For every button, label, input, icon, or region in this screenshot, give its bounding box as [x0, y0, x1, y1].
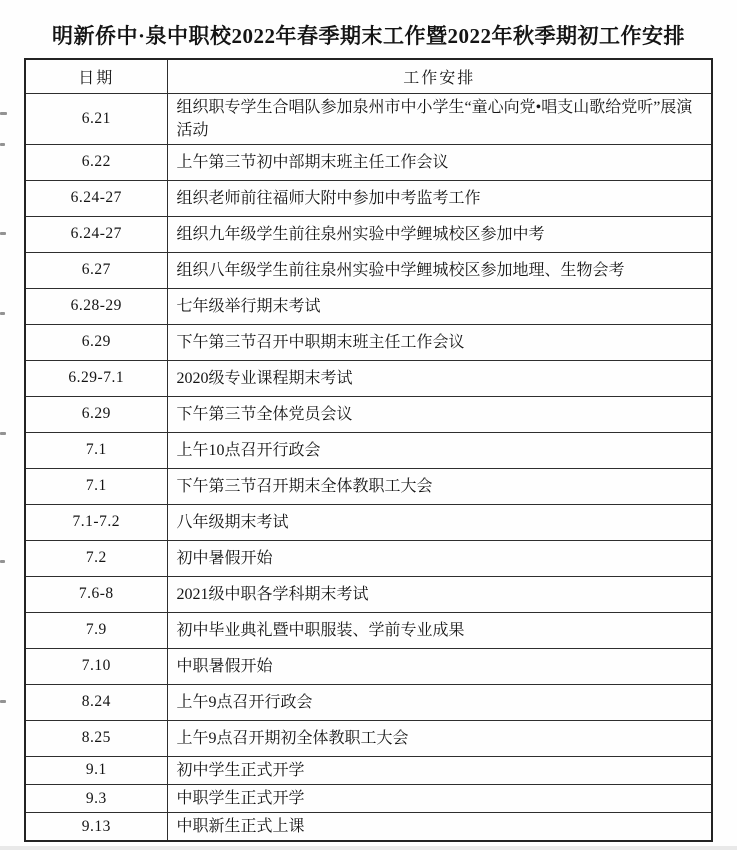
task-cell: 中职学生正式开学 — [167, 785, 712, 813]
date-cell: 6.29-7.1 — [25, 360, 167, 396]
table-row: 7.2 初中暑假开始 — [25, 540, 712, 576]
table-row: 8.24 上午9点召开行政会 — [25, 684, 712, 720]
table-row: 6.21 组织职专学生合唱队参加泉州市中小学生“童心向党•唱支山歌给党听”展演活… — [25, 93, 712, 144]
task-cell: 下午第三节全体党员会议 — [167, 396, 712, 432]
date-cell: 7.1 — [25, 468, 167, 504]
date-cell: 6.24-27 — [25, 180, 167, 216]
table-row: 9.1 初中学生正式开学 — [25, 756, 712, 784]
document-title: 明新侨中·泉中职校2022年春季期末工作暨2022年秋季期初工作安排 — [0, 0, 737, 50]
scan-artifact — [0, 700, 6, 703]
table-row: 6.29 下午第三节全体党员会议 — [25, 396, 712, 432]
task-cell: 初中毕业典礼暨中职服装、学前专业成果 — [167, 612, 712, 648]
table-row: 6.28-29 七年级举行期末考试 — [25, 288, 712, 324]
scan-artifact — [0, 432, 6, 435]
table-row: 6.27 组织八年级学生前往泉州实验中学鲤城校区参加地理、生物会考 — [25, 252, 712, 288]
table-row: 9.13 中职新生正式上课 — [25, 813, 712, 842]
scanned-document-page: 明新侨中·泉中职校2022年春季期末工作暨2022年秋季期初工作安排 日期 工作… — [0, 0, 737, 850]
task-column-header: 工作安排 — [167, 59, 712, 93]
task-cell: 上午第三节初中部期末班主任工作会议 — [167, 144, 712, 180]
schedule-table: 日期 工作安排 6.21 组织职专学生合唱队参加泉州市中小学生“童心向党•唱支山… — [24, 58, 713, 842]
scan-artifact — [0, 312, 5, 315]
table-row: 9.3 中职学生正式开学 — [25, 785, 712, 813]
task-cell: 组织职专学生合唱队参加泉州市中小学生“童心向党•唱支山歌给党听”展演活动 — [167, 93, 712, 144]
date-cell: 7.6-8 — [25, 576, 167, 612]
date-cell: 6.22 — [25, 144, 167, 180]
table-row: 6.22 上午第三节初中部期末班主任工作会议 — [25, 144, 712, 180]
date-cell: 6.21 — [25, 93, 167, 144]
task-cell: 组织老师前往福师大附中参加中考监考工作 — [167, 180, 712, 216]
scan-artifact — [0, 143, 5, 146]
date-cell: 6.29 — [25, 324, 167, 360]
task-cell: 中职新生正式上课 — [167, 813, 712, 842]
table-row: 7.1-7.2 八年级期末考试 — [25, 504, 712, 540]
date-cell: 7.1 — [25, 432, 167, 468]
table-row: 6.29-7.1 2020级专业课程期末考试 — [25, 360, 712, 396]
table-row: 7.1 下午第三节召开期末全体教职工大会 — [25, 468, 712, 504]
task-cell: 上午10点召开行政会 — [167, 432, 712, 468]
task-cell: 上午9点召开期初全体教职工大会 — [167, 720, 712, 756]
task-cell: 七年级举行期末考试 — [167, 288, 712, 324]
date-cell: 7.2 — [25, 540, 167, 576]
task-cell: 下午第三节召开中职期末班主任工作会议 — [167, 324, 712, 360]
date-cell: 6.27 — [25, 252, 167, 288]
scan-edge — [0, 846, 737, 850]
date-cell: 9.13 — [25, 813, 167, 842]
table-row: 7.10 中职暑假开始 — [25, 648, 712, 684]
task-cell: 组织九年级学生前往泉州实验中学鲤城校区参加中考 — [167, 216, 712, 252]
task-cell: 2020级专业课程期末考试 — [167, 360, 712, 396]
date-cell: 8.24 — [25, 684, 167, 720]
table-row: 6.29 下午第三节召开中职期末班主任工作会议 — [25, 324, 712, 360]
date-cell: 6.29 — [25, 396, 167, 432]
table-row: 6.24-27 组织九年级学生前往泉州实验中学鲤城校区参加中考 — [25, 216, 712, 252]
table-body: 6.21 组织职专学生合唱队参加泉州市中小学生“童心向党•唱支山歌给党听”展演活… — [25, 93, 712, 841]
task-cell: 初中学生正式开学 — [167, 756, 712, 784]
date-cell: 8.25 — [25, 720, 167, 756]
date-cell: 6.28-29 — [25, 288, 167, 324]
table-row: 7.6-8 2021级中职各学科期末考试 — [25, 576, 712, 612]
date-cell: 7.9 — [25, 612, 167, 648]
date-cell: 7.1-7.2 — [25, 504, 167, 540]
date-cell: 6.24-27 — [25, 216, 167, 252]
date-cell: 9.3 — [25, 785, 167, 813]
task-cell: 中职暑假开始 — [167, 648, 712, 684]
scan-artifact — [0, 232, 6, 235]
table-row: 7.1 上午10点召开行政会 — [25, 432, 712, 468]
table-row: 8.25 上午9点召开期初全体教职工大会 — [25, 720, 712, 756]
task-cell: 2021级中职各学科期末考试 — [167, 576, 712, 612]
task-cell: 初中暑假开始 — [167, 540, 712, 576]
scan-artifact — [0, 112, 7, 115]
task-cell: 八年级期末考试 — [167, 504, 712, 540]
date-cell: 9.1 — [25, 756, 167, 784]
date-cell: 7.10 — [25, 648, 167, 684]
date-column-header: 日期 — [25, 59, 167, 93]
table-row: 7.9 初中毕业典礼暨中职服装、学前专业成果 — [25, 612, 712, 648]
scan-artifact — [0, 560, 5, 563]
task-cell: 上午9点召开行政会 — [167, 684, 712, 720]
table-row: 6.24-27 组织老师前往福师大附中参加中考监考工作 — [25, 180, 712, 216]
table-header-row: 日期 工作安排 — [25, 59, 712, 93]
task-cell: 组织八年级学生前往泉州实验中学鲤城校区参加地理、生物会考 — [167, 252, 712, 288]
task-cell: 下午第三节召开期末全体教职工大会 — [167, 468, 712, 504]
